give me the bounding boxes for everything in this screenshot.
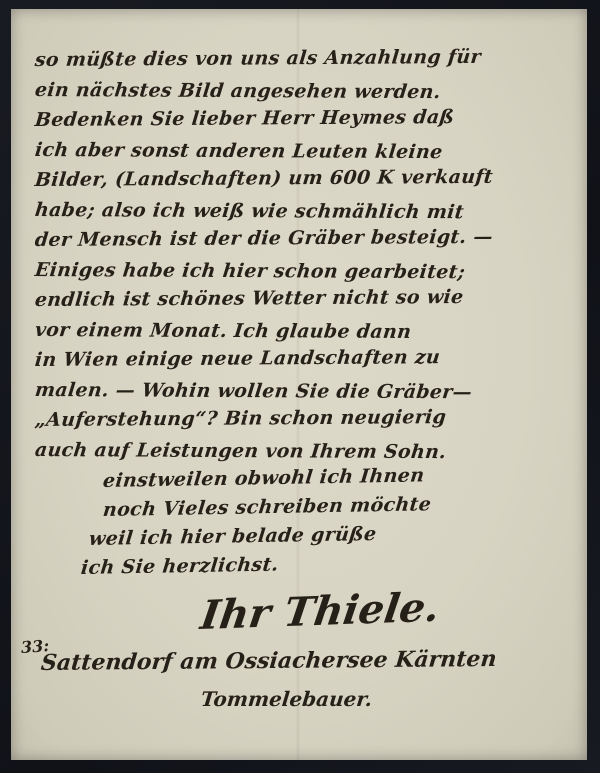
address-line-2: Tommelebauer. [199,683,587,715]
letter-body: so müßte dies von uns als Anzahlung für … [11,9,587,465]
letter-closing: einstweilen obwohl ich Ihnen noch Vieles… [11,465,587,583]
handwriting-line-5: Bilder, (Landschaften) um 600 K verkauft [34,161,587,195]
handwriting-line-9: endlich ist schönes Wetter nicht so wie [34,281,587,315]
handwriting-line-13: „Auferstehung“? Bin schon neugierig [34,401,587,435]
handwriting-line-3: Bedenken Sie lieber Herr Heymes daß [34,101,587,135]
handwriting-line-11: in Wien einige neue Landschaften zu [34,341,587,375]
letter-paper: so müßte dies von uns als Anzahlung für … [11,9,587,760]
letter-footer: 33: Sattendorf am Ossiachersee Kärnten T… [11,645,587,715]
handwriting-line-7: der Mensch ist der die Gräber besteigt. … [34,221,587,255]
handwriting-line-1: so müßte dies von uns als Anzahlung für [34,41,587,75]
scanned-letter-frame: so müßte dies von uns als Anzahlung für … [0,0,600,773]
signature: Ihr Thiele. [197,574,587,645]
address-line-1: Sattendorf am Ossiachersee Kärnten [39,640,587,681]
